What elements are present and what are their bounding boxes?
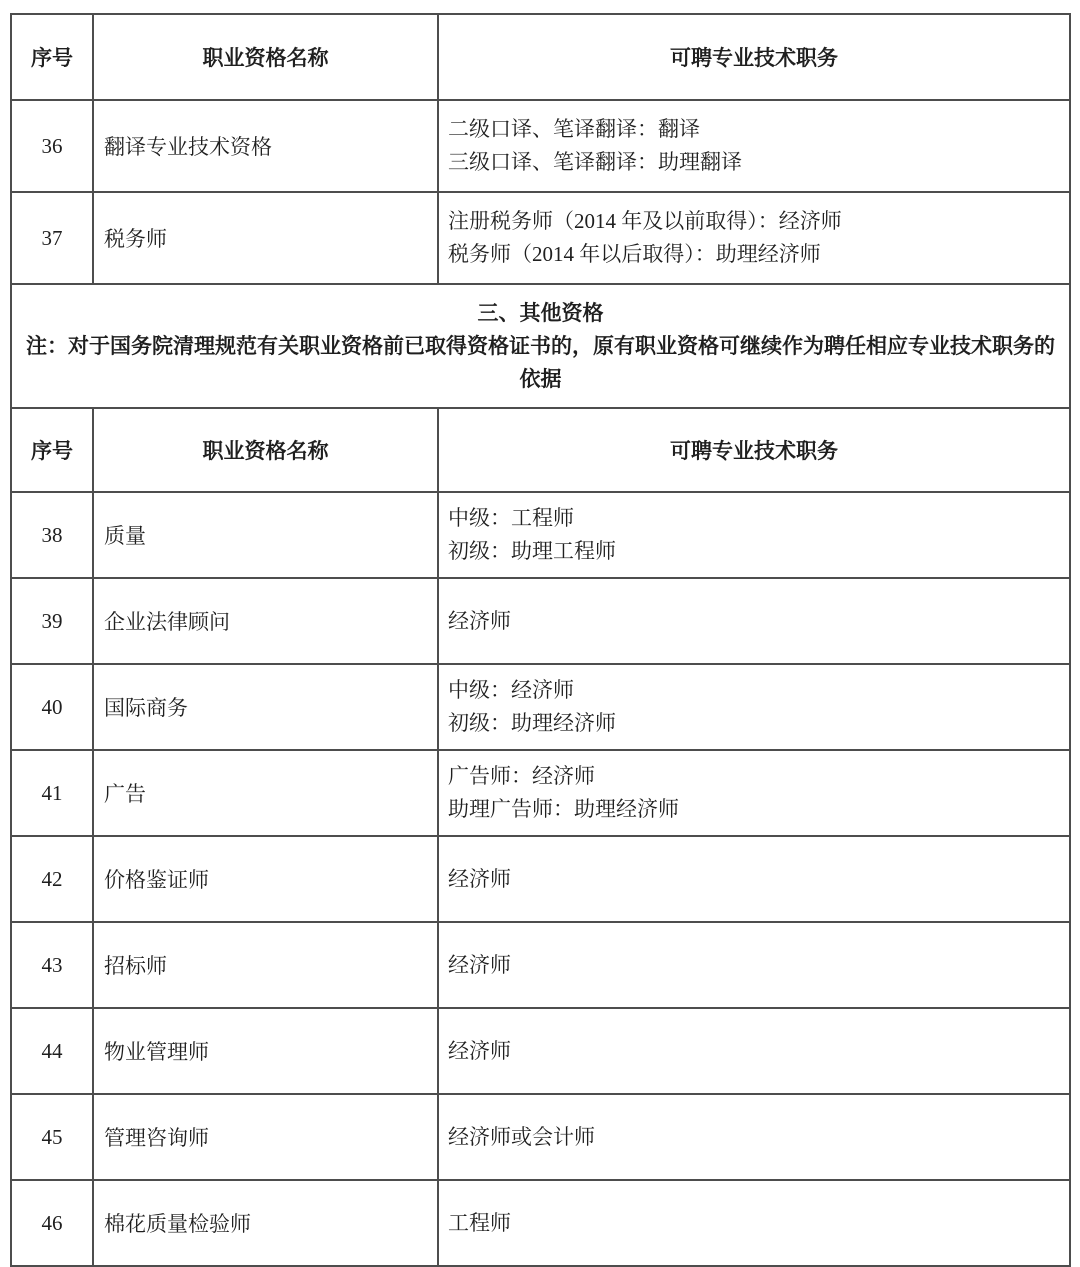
position-line: 税务师（2014 年以后取得）：助理经济师 [448, 238, 1063, 271]
positions-cell: 经济师 [438, 578, 1070, 664]
section-row: 三、其他资格 注：对于国务院清理规范有关职业资格前已取得资格证书的，原有职业资格… [11, 284, 1070, 408]
table-row: 42 价格鉴证师 经济师 [11, 836, 1070, 922]
position-line: 工程师 [448, 1207, 1063, 1240]
table-row: 43 招标师 经济师 [11, 922, 1070, 1008]
table-row: 45 管理咨询师 经济师或会计师 [11, 1094, 1070, 1180]
qualification-name: 管理咨询师 [93, 1094, 438, 1180]
row-number: 44 [11, 1008, 93, 1094]
table-row: 46 棉花质量检验师 工程师 [11, 1180, 1070, 1266]
positions-cell: 中级：工程师 初级：助理工程师 [438, 492, 1070, 578]
row-number: 41 [11, 750, 93, 836]
row-number: 40 [11, 664, 93, 750]
position-line: 中级：工程师 [448, 502, 1063, 535]
position-line: 初级：助理经济师 [448, 707, 1063, 740]
qualification-name: 税务师 [93, 192, 438, 284]
positions-cell: 二级口译、笔译翻译：翻译 三级口译、笔译翻译：助理翻译 [438, 100, 1070, 192]
column-header-position: 可聘专业技术职务 [438, 408, 1070, 492]
column-header-no: 序号 [11, 408, 93, 492]
position-line: 经济师 [448, 863, 1063, 896]
table-row: 38 质量 中级：工程师 初级：助理工程师 [11, 492, 1070, 578]
column-header-no: 序号 [11, 14, 93, 100]
positions-cell: 经济师 [438, 1008, 1070, 1094]
position-line: 广告师：经济师 [448, 760, 1063, 793]
qualification-name: 广告 [93, 750, 438, 836]
position-line: 中级：经济师 [448, 674, 1063, 707]
table-row: 40 国际商务 中级：经济师 初级：助理经济师 [11, 664, 1070, 750]
position-line: 二级口译、笔译翻译：翻译 [448, 113, 1063, 146]
positions-cell: 工程师 [438, 1180, 1070, 1266]
qualification-name: 棉花质量检验师 [93, 1180, 438, 1266]
table-row: 37 税务师 注册税务师（2014 年及以前取得）：经济师 税务师（2014 年… [11, 192, 1070, 284]
row-number: 46 [11, 1180, 93, 1266]
position-line: 经济师 [448, 949, 1063, 982]
table-row: 36 翻译专业技术资格 二级口译、笔译翻译：翻译 三级口译、笔译翻译：助理翻译 [11, 100, 1070, 192]
qualification-name: 国际商务 [93, 664, 438, 750]
column-header-qualification: 职业资格名称 [93, 408, 438, 492]
position-line: 三级口译、笔译翻译：助理翻译 [448, 146, 1063, 179]
document-page: 序号 职业资格名称 可聘专业技术职务 36 翻译专业技术资格 二级口译、笔译翻译… [0, 0, 1080, 1242]
position-line: 经济师或会计师 [448, 1121, 1063, 1154]
positions-cell: 经济师或会计师 [438, 1094, 1070, 1180]
table-row: 39 企业法律顾问 经济师 [11, 578, 1070, 664]
position-line: 经济师 [448, 1035, 1063, 1068]
section-note: 注：对于国务院清理规范有关职业资格前已取得资格证书的，原有职业资格可继续作为聘任… [18, 330, 1063, 396]
column-header-qualification: 职业资格名称 [93, 14, 438, 100]
positions-cell: 经济师 [438, 922, 1070, 1008]
positions-cell: 经济师 [438, 836, 1070, 922]
position-line: 注册税务师（2014 年及以前取得）：经济师 [448, 205, 1063, 238]
positions-cell: 中级：经济师 初级：助理经济师 [438, 664, 1070, 750]
position-line: 助理广告师：助理经济师 [448, 793, 1063, 826]
section-cell: 三、其他资格 注：对于国务院清理规范有关职业资格前已取得资格证书的，原有职业资格… [11, 284, 1070, 408]
table-row: 41 广告 广告师：经济师 助理广告师：助理经济师 [11, 750, 1070, 836]
qualification-name: 招标师 [93, 922, 438, 1008]
qualifications-table: 序号 职业资格名称 可聘专业技术职务 36 翻译专业技术资格 二级口译、笔译翻译… [10, 13, 1071, 1267]
row-number: 39 [11, 578, 93, 664]
row-number: 42 [11, 836, 93, 922]
position-line: 初级：助理工程师 [448, 535, 1063, 568]
row-number: 38 [11, 492, 93, 578]
qualification-name: 翻译专业技术资格 [93, 100, 438, 192]
column-header-position: 可聘专业技术职务 [438, 14, 1070, 100]
table-header-row: 序号 职业资格名称 可聘专业技术职务 [11, 14, 1070, 100]
positions-cell: 广告师：经济师 助理广告师：助理经济师 [438, 750, 1070, 836]
row-number: 37 [11, 192, 93, 284]
qualification-name: 质量 [93, 492, 438, 578]
positions-cell: 注册税务师（2014 年及以前取得）：经济师 税务师（2014 年以后取得）：助… [438, 192, 1070, 284]
section-title: 三、其他资格 [18, 297, 1063, 330]
qualification-name: 物业管理师 [93, 1008, 438, 1094]
row-number: 45 [11, 1094, 93, 1180]
row-number: 36 [11, 100, 93, 192]
table-header-row: 序号 职业资格名称 可聘专业技术职务 [11, 408, 1070, 492]
table-row: 44 物业管理师 经济师 [11, 1008, 1070, 1094]
row-number: 43 [11, 922, 93, 1008]
qualification-name: 企业法律顾问 [93, 578, 438, 664]
qualification-name: 价格鉴证师 [93, 836, 438, 922]
position-line: 经济师 [448, 605, 1063, 638]
